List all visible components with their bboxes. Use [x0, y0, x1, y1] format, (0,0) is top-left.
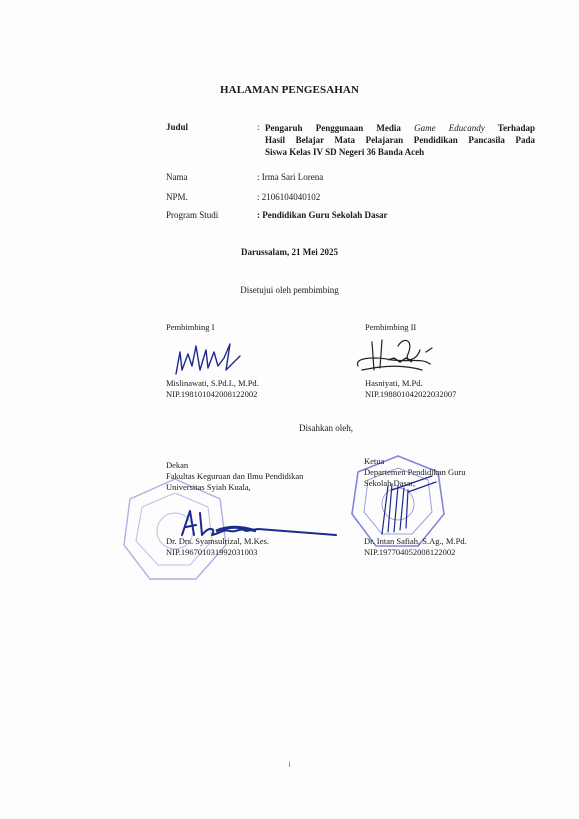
supervisor-1-role: Pembimbing I [166, 322, 214, 332]
document-page: HALAMAN PENGESAHAN Judul : Pengaruh Peng… [0, 0, 579, 819]
program-studi-value: : Pendidikan Guru Sekolah Dasar [257, 210, 388, 220]
judul-separator: : [257, 122, 260, 132]
ratified-by: Disahkan oleh, [299, 423, 353, 433]
nama-label: Nama [166, 172, 188, 182]
head-nip: NIP.197704052008122002 [364, 547, 455, 558]
program-studi-label: Program Studi [166, 210, 218, 220]
nama-value: : Irma Sari Lorena [257, 172, 323, 182]
supervisor-1-name: Mislinawati, S.Pd.I., M.Pd. [166, 378, 259, 389]
supervisor-1-nip: NIP.198101042008122002 [166, 389, 257, 400]
dean-title-2: Fakultas Keguruan dan Ilmu Pendidikan [166, 471, 303, 482]
page-title: HALAMAN PENGESAHAN [0, 84, 579, 96]
judul-value: Pengaruh Penggunaan Media Game Educandy … [265, 122, 535, 158]
judul-label: Judul [166, 122, 188, 132]
head-title-1: Ketua [364, 456, 384, 467]
supervisor-2-role: Pembimbing II [365, 322, 416, 332]
place-date: Darussalam, 21 Mei 2025 [0, 247, 579, 257]
head-name: Dr. Intan Safiah, S.Ag., M.Pd. [364, 536, 467, 547]
supervisor-2-signature [352, 336, 452, 380]
npm-label: NPM. [166, 192, 188, 202]
dean-title-1: Dekan [166, 460, 188, 471]
supervisor-2-nip: NIP.198801042022032007 [365, 389, 456, 400]
npm-value: : 2106104040102 [257, 192, 320, 202]
judul-line-2: Hasil Belajar Mata Pelajaran Pendidikan … [265, 134, 535, 146]
dean-title-3: Universitas Syiah Kuala, [166, 482, 251, 493]
approved-by: Disetujui oleh pembimbing [0, 285, 579, 295]
supervisor-2-name: Hasniyati, M.Pd. [365, 378, 423, 389]
dean-name: Dr. Drs. Syamsulrizal, M.Kes. [166, 536, 269, 547]
page-number: i [0, 760, 579, 769]
judul-line-1: Pengaruh Penggunaan Media Game Educandy … [265, 122, 535, 134]
judul-line-3: Siswa Kelas IV SD Negeri 36 Banda Aceh [265, 146, 535, 158]
supervisor-1-signature [174, 340, 254, 380]
dean-nip: NIP.196701031992031003 [166, 547, 257, 558]
head-signature [372, 470, 442, 540]
